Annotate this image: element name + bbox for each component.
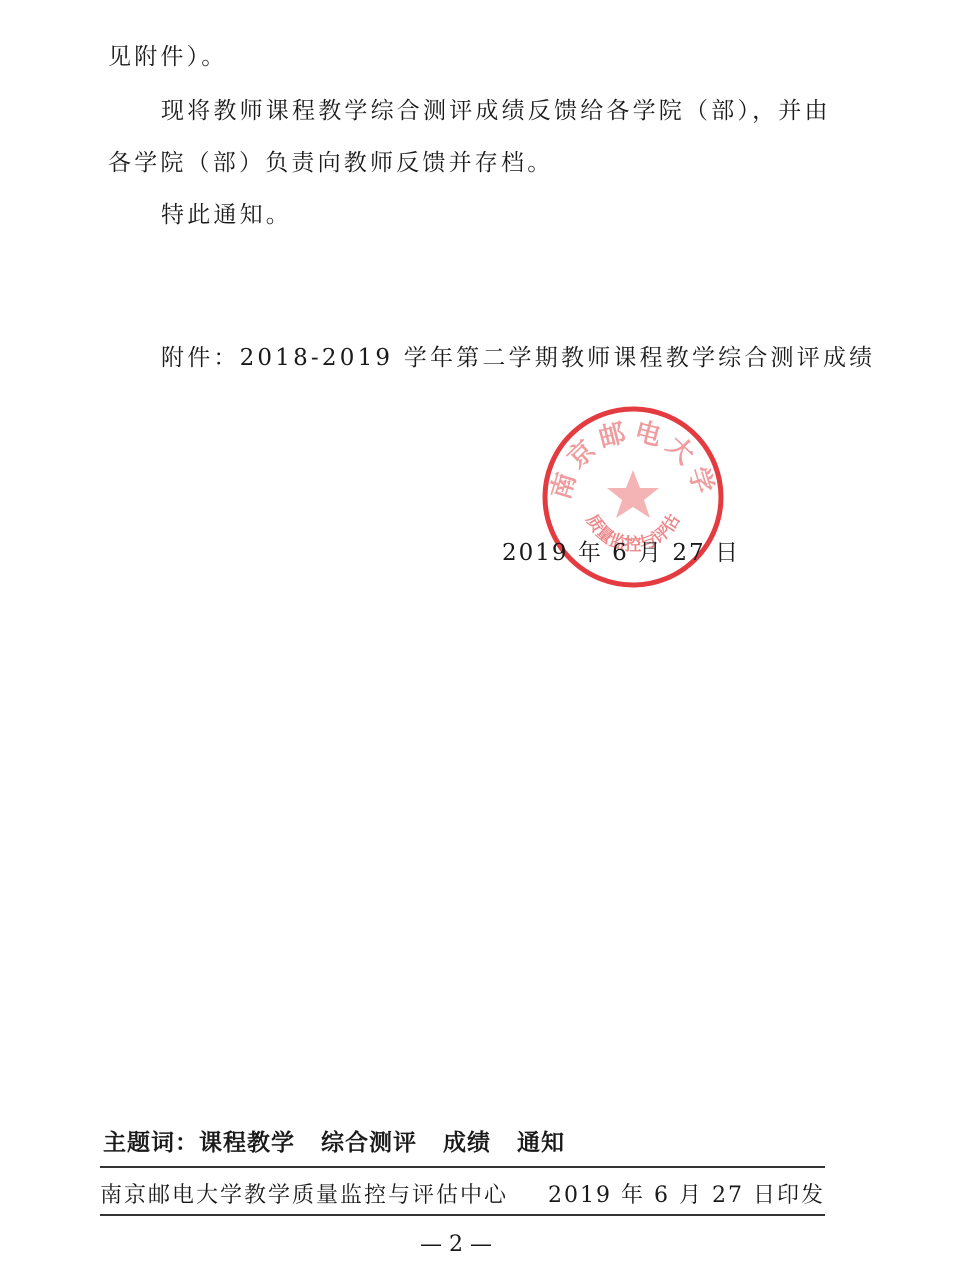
keyword: 课程教学	[199, 1130, 295, 1156]
attachment-line: 附件：2018-2019 学年第二学期教师课程教学综合测评成绩	[161, 343, 875, 373]
page-number: — 2 —	[420, 1232, 492, 1257]
paragraph-notice: 特此通知。	[161, 200, 292, 230]
paragraph-continuation: 见附件）。	[108, 42, 228, 72]
keyword: 成绩	[443, 1130, 491, 1156]
keyword: 综合测评	[321, 1130, 417, 1156]
paragraph-feedback-line1: 现将教师课程教学综合测评成绩反馈给各学院（部），并由	[161, 96, 831, 126]
issuer-line: 南京邮电大学教学质量监控与评估中心 2019 年 6 月 27 日印发	[100, 1178, 825, 1209]
issue-date: 2019 年 6 月 27 日印发	[548, 1178, 825, 1209]
divider-top	[100, 1166, 825, 1168]
subject-keywords: 主题词：课程教学综合测评成绩通知	[103, 1124, 591, 1157]
keywords-label: 主题词：	[103, 1130, 199, 1156]
issuer-org: 南京邮电大学教学质量监控与评估中心	[100, 1178, 508, 1209]
signature-date: 2019 年 6 月 27 日	[502, 534, 740, 567]
divider-bottom	[100, 1214, 825, 1216]
paragraph-feedback-line2: 各学院（部）负责向教师反馈并存档。	[108, 148, 553, 178]
keyword: 通知	[517, 1130, 565, 1156]
